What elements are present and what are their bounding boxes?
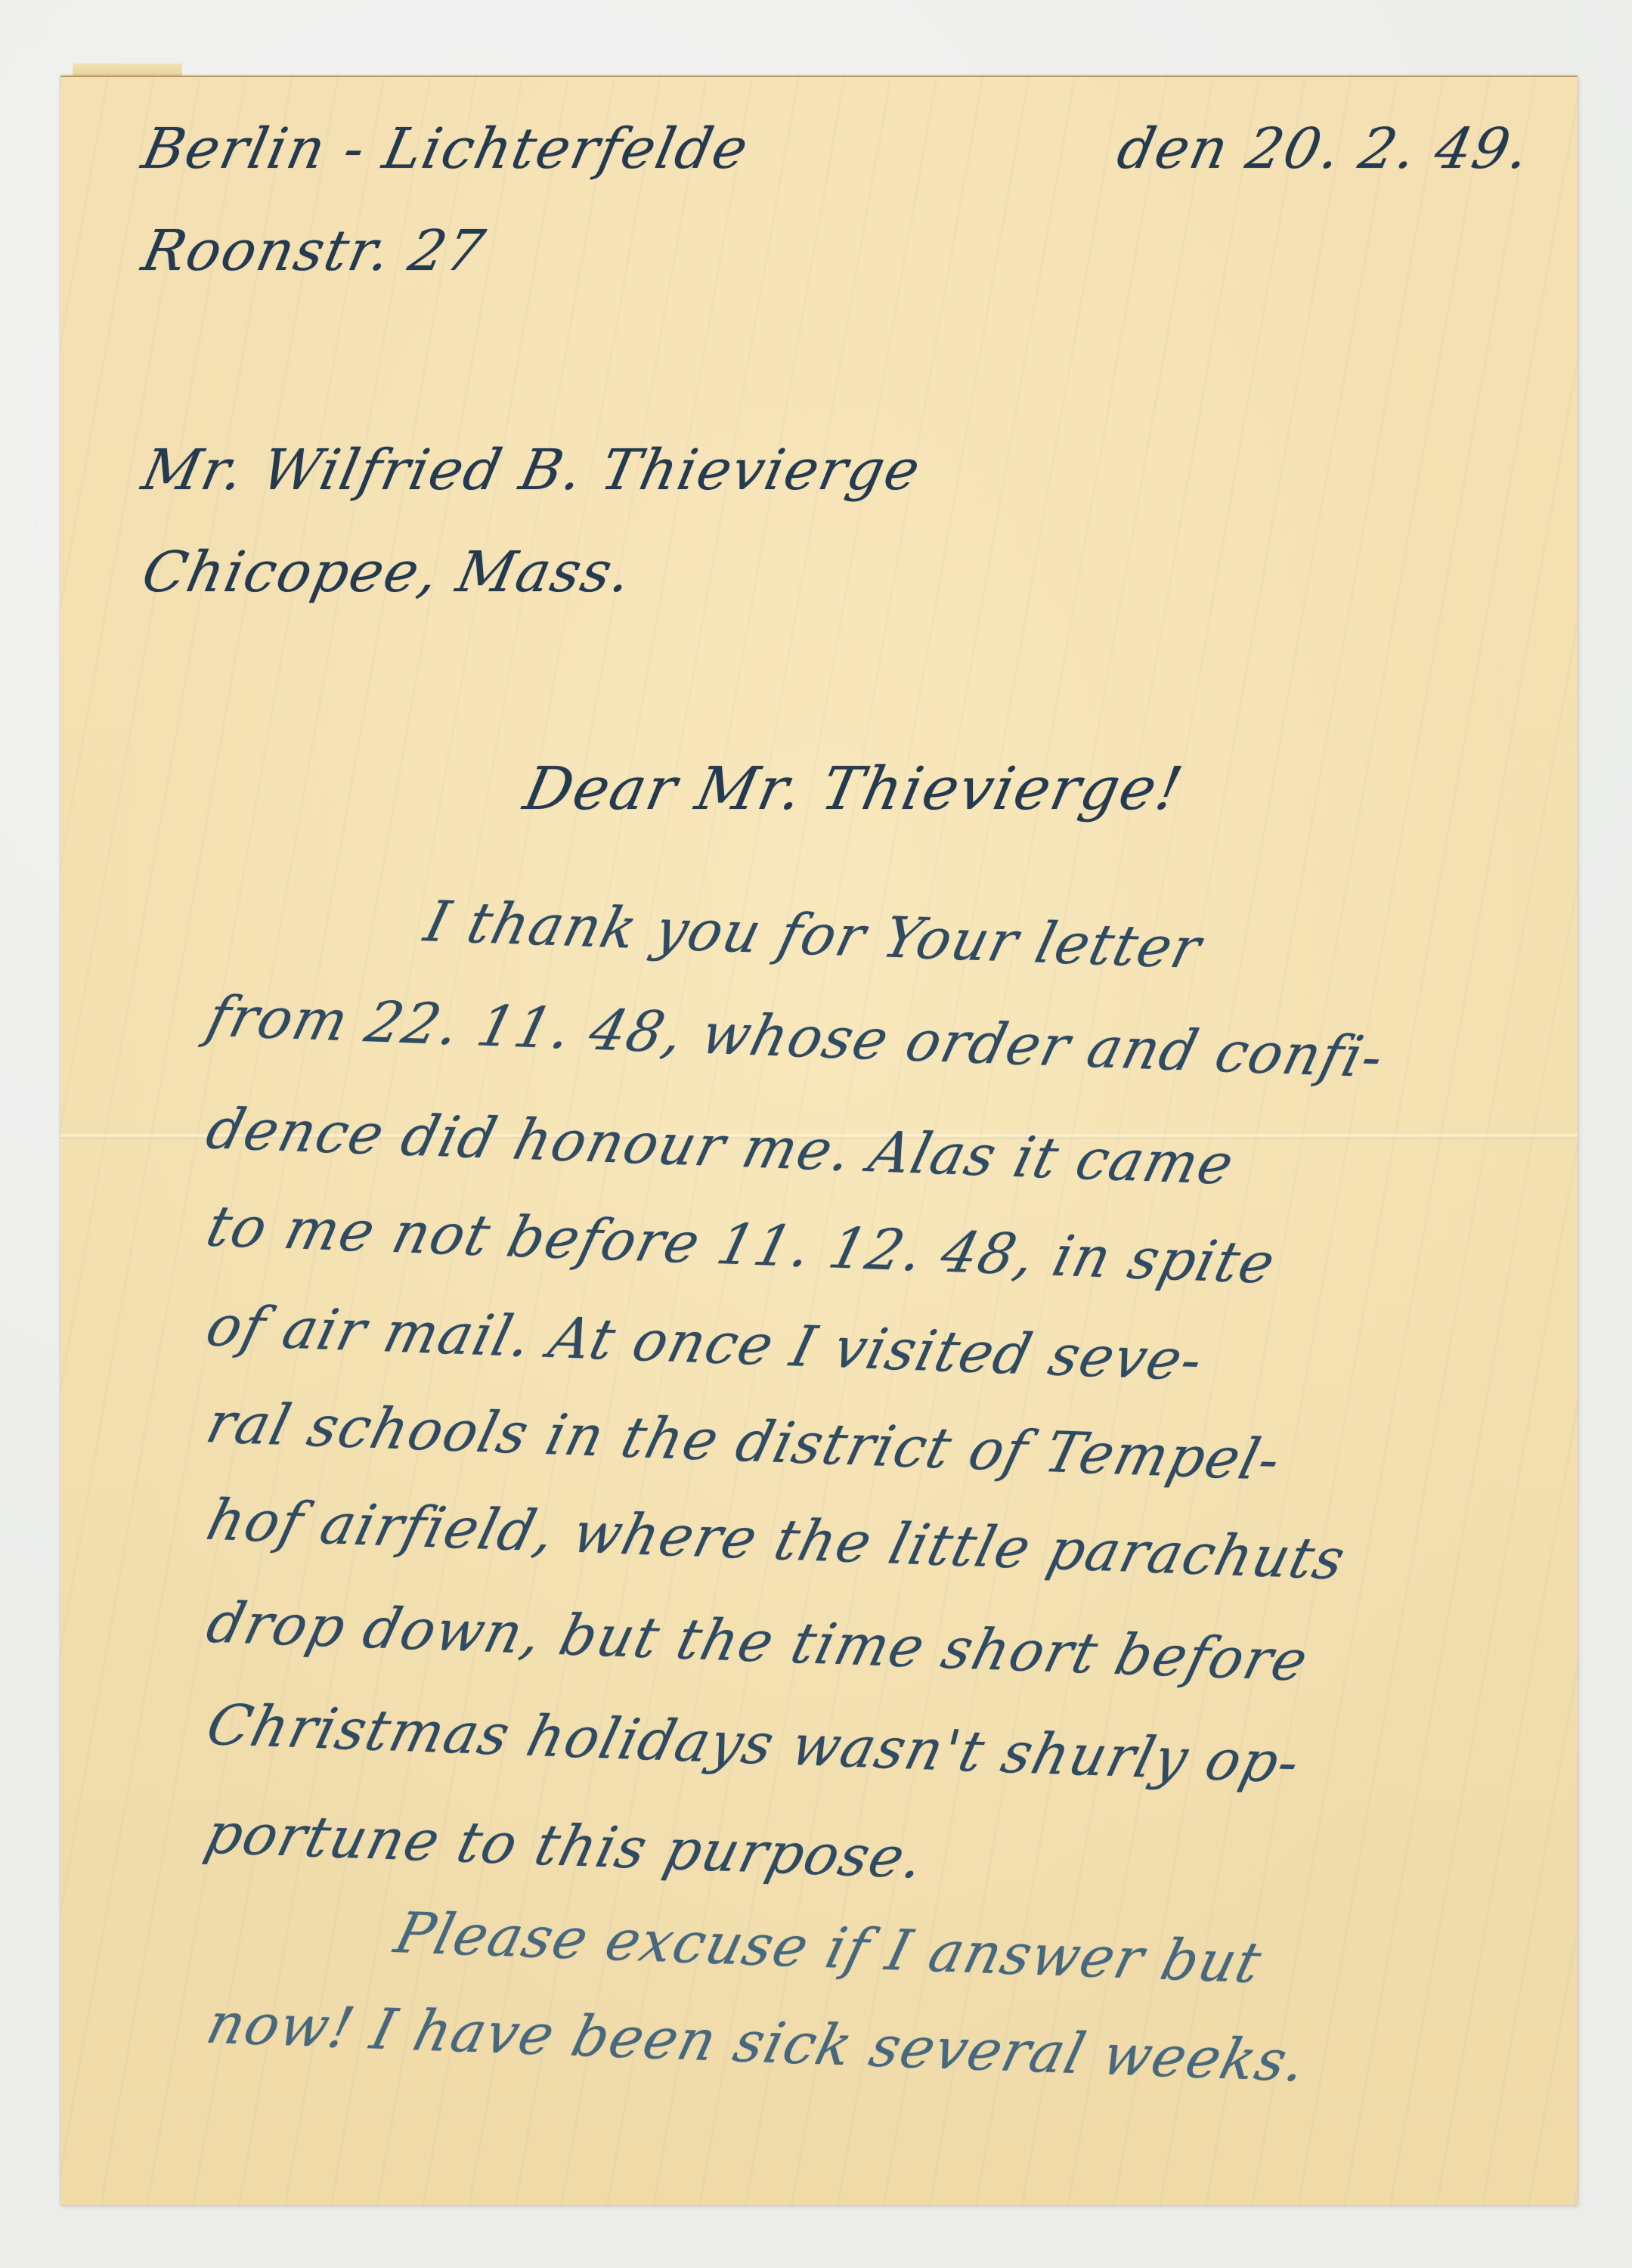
sender-street: Roonstr. 27 — [138, 223, 490, 279]
salutation: Dear Mr. Thievierge! — [519, 760, 1188, 819]
recipient-city: Chicopee, Mass. — [138, 544, 637, 600]
recipient-name: Mr. Wilfried B. Thievierge — [138, 442, 926, 498]
sender-place: Berlin - Lichterfelde — [138, 121, 754, 177]
letter-date: den 20. 2. 49. — [1113, 121, 1535, 177]
